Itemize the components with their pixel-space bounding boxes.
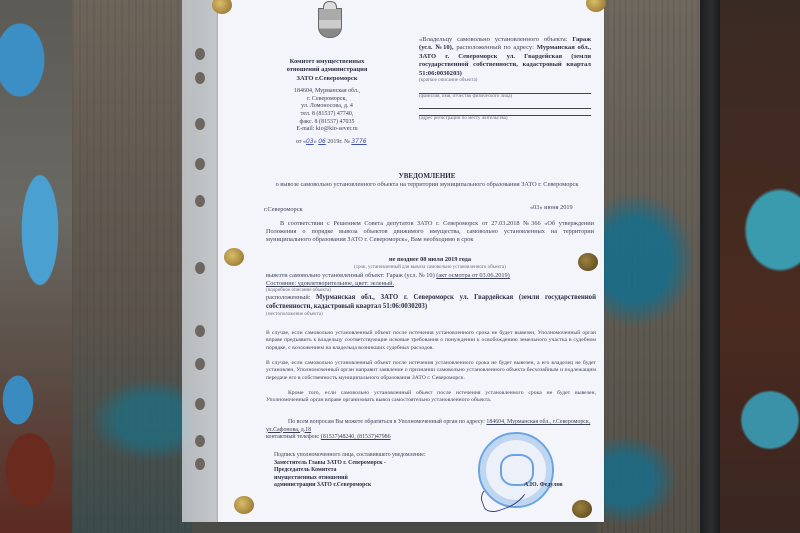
deadline-caption: (срок, установленный для вывоза самоволь… [266,265,594,271]
notice-paragraph-4: Кроме того, если самовольно установленны… [266,390,596,405]
contact-block: По всем вопросам Вы можете обратиться в … [266,419,596,442]
sleeve-hole [195,262,205,274]
address-blank-line [419,100,591,109]
notice-date: «03» июня 2019 [530,204,573,212]
sleeve-hole [195,158,205,170]
wooden-board-right [595,0,705,533]
signer-name: А.Ю. Федулов [524,482,563,490]
notice-city: г.Североморск [264,206,303,214]
push-pin-icon [572,500,592,518]
push-pin-icon [234,496,254,514]
signature-caption: Подпись уполномоченного лица, составивше… [274,452,474,459]
letterhead-date-line: от «03» 06 2019г. № 3776 [296,138,426,147]
push-pin-icon [224,248,244,266]
wooden-board-left [72,0,192,533]
sleeve-hole [195,358,205,370]
sleeve-hole [195,458,205,470]
sleeve-hole [195,435,205,447]
object-description: вывезти самовольно установленный объект:… [266,272,596,318]
sleeve-hole [195,195,205,207]
name-blank-line [419,85,591,94]
letterhead-address: 184604, Мурманская обл., г. Североморск,… [262,88,392,134]
signer-title: Заместитель Главы ЗАТО г. Североморск - … [274,460,474,490]
coat-of-arms-icon [318,8,342,38]
notice-deadline: не позднее 08 июля 2019 года [266,256,594,264]
peeling-paint-wall-right [720,0,800,533]
address-blank-line-2 [419,109,591,116]
notice-title: УВЕДОМЛЕНИЕ [262,172,592,181]
sleeve-hole [195,325,205,337]
sleeve-hole [195,72,205,84]
photo-scene: Комитет имущественных отношений админист… [0,0,800,533]
letterhead-org: Комитет имущественных отношений админист… [262,58,392,83]
notice-paragraph-3: В случае, если самовольно установленный … [266,360,596,382]
contact-phones: (81537)48240, (81537)47986 [321,434,391,440]
notice-paragraph-2: В случае, если самовольно установленный … [266,330,596,352]
notice-paragraph-1: В соответствии с Решением Совета депутат… [266,220,594,244]
sleeve-hole [195,48,205,60]
dark-frame-bar [700,0,722,533]
sleeve-hole [195,398,205,410]
sleeve-hole [195,118,205,130]
notice-subtitle: о вывозе самовольно установленного объек… [262,181,592,189]
push-pin-icon [578,253,598,271]
addressee-block: «Владельцу самовольно установленного объ… [419,36,591,122]
notice-heading: УВЕДОМЛЕНИЕ о вывозе самовольно установл… [262,172,592,189]
